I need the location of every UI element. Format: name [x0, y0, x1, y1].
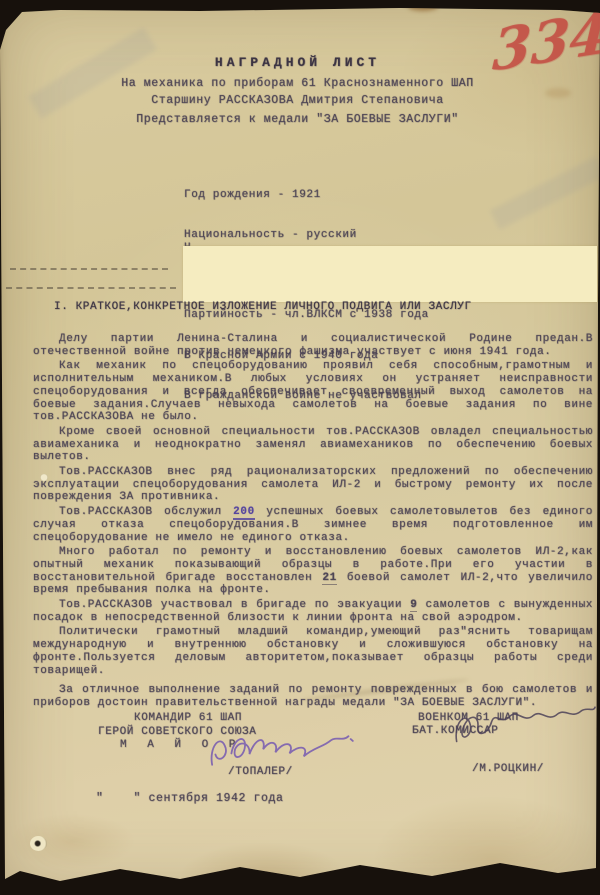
paragraph: Тов.РАССКАЗОВ обслужил 200 успешных боев… [33, 506, 593, 544]
header-line-unit: На механика по приборам 61 Краснознаменн… [85, 77, 510, 90]
redaction-box [183, 246, 597, 302]
stain [408, 2, 438, 11]
restored-aircraft-count: 21 [322, 572, 336, 585]
paragraph: Кроме своей основной специальности тов.Р… [33, 426, 593, 464]
paragraph: Делу партии Ленина-Сталина и социалистич… [33, 333, 593, 358]
citation-body: Делу партии Ленина-Сталина и социалистич… [33, 333, 593, 712]
detail-birth-year: Год рождения - 1921 [184, 189, 429, 202]
document-title: НАГРАДНОЙ ЛИСТ [85, 55, 510, 70]
document-header: НАГРАДНОЙ ЛИСТ На механика по приборам 6… [85, 55, 510, 130]
commissar-handwritten-signature [447, 696, 600, 759]
paragraph: Много работал по ремонту и восстановлени… [33, 546, 593, 597]
paragraph: Как механик по спецоборудованию проявил … [33, 360, 593, 424]
dashed-line [10, 268, 168, 270]
paragraph-text: Тов.РАССКАЗОВ обслужил [59, 506, 233, 518]
header-line-medal: Представляется к медали "ЗА БОЕВЫЕ ЗАСЛУ… [85, 113, 510, 126]
date-line: " " сентября 1942 года [96, 792, 284, 805]
paragraph: Политически грамотный младший командир,у… [33, 626, 593, 677]
punch-hole [40, 474, 48, 481]
paragraph: Тов.РАССКАЗОВ внес ряд рационализаторски… [33, 466, 593, 504]
stain [545, 88, 571, 98]
detail-nationality: Национальность - русский [184, 229, 429, 242]
header-line-name: Старшину РАССКАЗОВА Дмитрия Степановича [85, 94, 510, 107]
dashed-line [6, 287, 176, 289]
scan-background: 334 НАГРАДНОЙ ЛИСТ На механика по прибор… [0, 0, 600, 895]
section-heading: I. КРАТКОЕ,КОНКРЕТНОЕ ИЗЛОЖЕНИЕ ЛИЧНОГО … [54, 301, 472, 313]
paragraph-text: Тов.РАССКАЗОВ участвовал в бригаде по эв… [59, 599, 410, 611]
punch-hole [30, 836, 47, 851]
faded-stamp-mark [490, 156, 600, 230]
commander-typed-name: /ТОПАЛЕР/ [228, 766, 293, 778]
commissar-typed-name: /М.РОЦКИН/ [472, 763, 544, 775]
document-paper: 334 НАГРАДНОЙ ЛИСТ На механика по прибор… [0, 0, 600, 895]
paragraph: Тов.РАССКАЗОВ участвовал в бригаде по эв… [33, 599, 593, 624]
